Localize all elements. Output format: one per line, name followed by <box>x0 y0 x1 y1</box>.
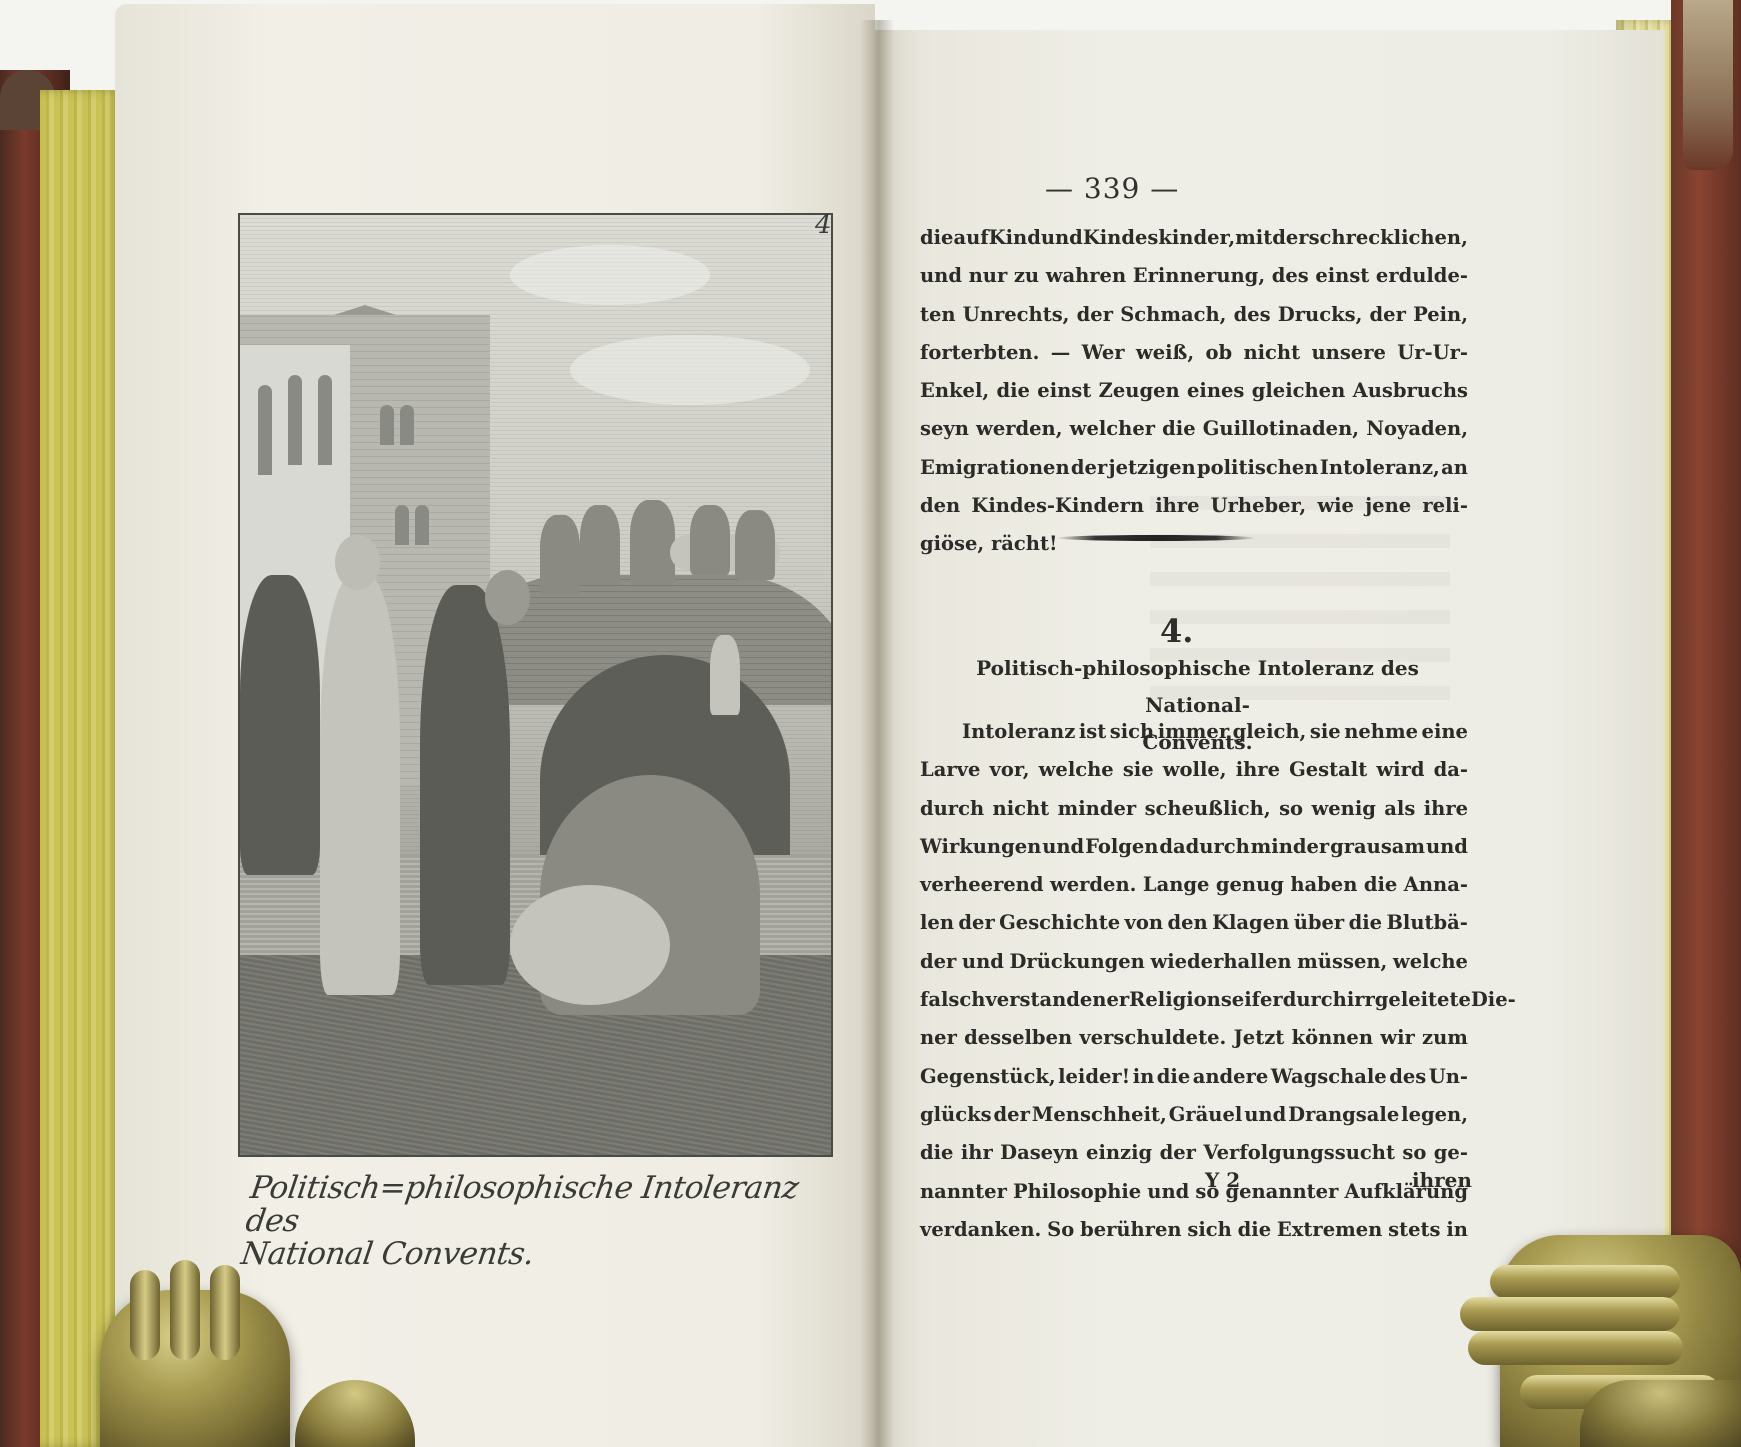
word: wiederhallen <box>1150 943 1291 981</box>
word: glücks <box>920 1096 992 1134</box>
word: wird <box>1376 751 1424 789</box>
word: scheußlich, <box>1145 790 1271 828</box>
text-line: dieaufKindundKindeskinder,mitderschreckl… <box>920 219 1468 257</box>
text-line: lenderGeschichtevondenKlagenüberdieBlutb… <box>920 904 1468 942</box>
word: Enkel, <box>920 372 989 410</box>
cloud <box>570 335 810 405</box>
word: wir <box>1380 1019 1414 1057</box>
word: einst <box>1037 372 1091 410</box>
word: Intoleranz, <box>1320 449 1440 487</box>
text-line: derundDrückungenwiederhallenmüssen,welch… <box>920 943 1468 981</box>
right-cover-binding <box>1671 0 1741 1447</box>
word: Drangsale <box>1288 1096 1399 1134</box>
word: sie <box>1123 751 1154 789</box>
word: eine <box>1422 713 1468 751</box>
word: Extremen <box>1277 1211 1382 1249</box>
word: berühren <box>1080 1211 1182 1249</box>
word: den <box>1167 904 1207 942</box>
word: Kindes-Kindern <box>971 487 1144 525</box>
word: reli- <box>1422 487 1468 525</box>
word: wie <box>1317 487 1354 525</box>
word: so <box>1279 790 1303 828</box>
window <box>395 505 409 545</box>
word: in <box>1133 1058 1155 1096</box>
text-line: giöse, rächt! <box>920 525 1468 563</box>
text-line: glücksderMenschheit,GräuelundDrangsalele… <box>920 1096 1468 1134</box>
figure-on-bridge <box>580 505 620 585</box>
word: sie <box>1310 713 1341 751</box>
text-line: Intoleranzistsichimmergleich,sienehmeein… <box>920 713 1468 751</box>
word: genannter <box>1225 1173 1338 1211</box>
word: minder <box>1058 790 1137 828</box>
word: in <box>1446 1211 1468 1249</box>
word: Daseyn <box>1000 1134 1078 1172</box>
window <box>415 505 429 545</box>
word: die <box>920 1134 953 1172</box>
fallen-body <box>510 885 670 1005</box>
word: erdulde- <box>1376 257 1468 295</box>
word: des <box>1234 296 1271 334</box>
word: Verfolgungssucht <box>1203 1134 1395 1172</box>
word: zum <box>1422 1019 1468 1057</box>
word: nehme <box>1344 713 1418 751</box>
word: der <box>920 943 956 981</box>
word: irrgeleitete <box>1347 981 1471 1019</box>
word: die <box>1157 1058 1190 1096</box>
word: So <box>1047 1211 1074 1249</box>
word: die <box>1238 1211 1271 1249</box>
word: müssen, <box>1297 943 1387 981</box>
word: nannter <box>920 1173 1007 1211</box>
word: Blutbä- <box>1386 904 1467 942</box>
brass-finger <box>1490 1265 1680 1299</box>
word: können <box>1292 1019 1373 1057</box>
word: Folgen <box>1085 828 1158 866</box>
word: forterbten. <box>920 334 1039 372</box>
plate-caption-line: National Convents. <box>239 1238 844 1271</box>
text-line: nerdesselbenverschuldete.Jetztkönnenwirz… <box>920 1019 1468 1057</box>
text-line: falschverstandenerReligionseiferdurchirr… <box>920 981 1468 1019</box>
word: und <box>962 943 1004 981</box>
plate-caption-line: Politisch=philosophische Intoleranz des <box>244 1172 853 1238</box>
arched-window <box>318 375 332 465</box>
figure-on-bridge <box>690 505 730 575</box>
word: desselben <box>964 1019 1072 1057</box>
word: ihre <box>1424 790 1468 828</box>
word: werden, <box>976 410 1062 448</box>
word: ob <box>1205 334 1232 372</box>
text-line: seynwerden,welcherdieGuillotinaden,Noyad… <box>920 410 1468 448</box>
falling-figure <box>710 635 740 715</box>
word: Ausbruchs <box>1353 372 1468 410</box>
word: die <box>997 372 1030 410</box>
word: andere <box>1193 1058 1269 1096</box>
figure-on-bridge <box>540 515 580 595</box>
word: legen, <box>1401 1096 1468 1134</box>
word: Noyaden, <box>1366 410 1468 448</box>
word: dadurch <box>1159 828 1249 866</box>
word: vor, <box>990 751 1030 789</box>
word: durch <box>1283 981 1347 1019</box>
word: Erinnerung, <box>1133 257 1265 295</box>
section-divider-rule <box>1056 535 1256 541</box>
word: haben <box>1290 866 1357 904</box>
word: Religionseifer <box>1129 981 1283 1019</box>
word: Wagschale <box>1271 1058 1387 1096</box>
word: welche <box>1039 751 1114 789</box>
word: Kindeskinder, <box>1083 219 1235 257</box>
text-line: EmigrationenderjetzigenpolitischenIntole… <box>920 449 1468 487</box>
word: wolle, <box>1163 751 1227 789</box>
word: auf <box>953 219 988 257</box>
word: welche <box>1393 943 1468 981</box>
word: politischen <box>1197 449 1319 487</box>
text-line: dieihrDaseyneinzigderVerfolgungssuchtsog… <box>920 1134 1468 1172</box>
word: sich <box>1110 713 1154 751</box>
word: von <box>1125 904 1164 942</box>
word: und <box>1041 219 1083 257</box>
word: immer <box>1158 713 1229 751</box>
word: welcher <box>1070 410 1155 448</box>
word: zu <box>1014 257 1039 295</box>
word: schrecklichen, <box>1309 219 1468 257</box>
word: des <box>1272 257 1309 295</box>
cloud <box>510 245 710 305</box>
word: und <box>1426 828 1468 866</box>
brass-finger <box>1468 1331 1683 1365</box>
text-line: Enkel,dieeinstZeugeneinesgleichenAusbruc… <box>920 372 1468 410</box>
word: der <box>1160 1134 1196 1172</box>
word: des <box>1389 1058 1426 1096</box>
word: Urheber, <box>1211 487 1307 525</box>
word: der <box>1272 219 1308 257</box>
word: jetzigen <box>1109 449 1196 487</box>
word: die <box>1349 904 1382 942</box>
word: Lange <box>1143 866 1210 904</box>
word: stets <box>1388 1211 1440 1249</box>
text-line: nannterPhilosophieundsogenannterAufkläru… <box>920 1173 1468 1211</box>
word: da- <box>1434 751 1468 789</box>
word: und <box>1042 828 1084 866</box>
word: Pein, <box>1413 296 1468 334</box>
word: nur <box>969 257 1008 295</box>
word: einst <box>1315 257 1369 295</box>
brass-finger <box>210 1265 240 1360</box>
word: Un- <box>1429 1058 1468 1096</box>
word: mit <box>1235 219 1272 257</box>
brass-finger <box>170 1260 200 1360</box>
word: ist <box>1079 713 1106 751</box>
word: der <box>958 904 994 942</box>
word: Gegenstück, <box>920 1058 1056 1096</box>
word: Ur-Ur- <box>1397 334 1468 372</box>
word: Gräuel <box>1169 1096 1243 1134</box>
brass-finger <box>1460 1297 1680 1331</box>
arched-window <box>258 385 272 475</box>
word: grausam <box>1330 828 1425 866</box>
word: Philosophie <box>1013 1173 1141 1211</box>
section-paragraph: Intoleranzistsichimmergleich,sienehmeein… <box>920 713 1468 1249</box>
signature-mark: Y 2 <box>1205 1168 1240 1192</box>
word: weiß, <box>1136 334 1194 372</box>
word: Drucks, <box>1278 296 1363 334</box>
word: verdanken. <box>920 1211 1041 1249</box>
word: verschuldete. <box>1079 1019 1226 1057</box>
word: gleich, <box>1233 713 1307 751</box>
word: so <box>1402 1134 1426 1172</box>
figure-on-bridge <box>630 500 675 585</box>
word: ihre <box>1155 487 1199 525</box>
word: len <box>920 904 954 942</box>
page-number: — 339 — <box>1045 172 1245 205</box>
section-number: 4. <box>1160 612 1193 650</box>
word: den <box>920 487 960 525</box>
word: Unrechts, <box>963 296 1070 334</box>
brass-hand-weight-left <box>100 1290 290 1447</box>
word: gleichen <box>1252 372 1346 410</box>
soldiers-group <box>240 575 320 875</box>
catchword: ihren <box>1412 1168 1472 1192</box>
word: Drückungen <box>1010 943 1145 981</box>
executioner <box>420 585 510 985</box>
word: der <box>1370 296 1406 334</box>
word: ten <box>920 296 956 334</box>
word: wenig <box>1311 790 1375 828</box>
word: Wer <box>1082 334 1125 372</box>
word: Wirkungen <box>920 828 1041 866</box>
word: die <box>1364 866 1397 904</box>
word: einzig <box>1086 1134 1152 1172</box>
word: und <box>920 257 962 295</box>
text-line: WirkungenundFolgendadurchmindergrausamun… <box>920 828 1468 866</box>
word: ihre <box>1236 751 1280 789</box>
right-headband-frayed <box>1683 0 1733 170</box>
word: an <box>1441 449 1468 487</box>
figure-on-bridge <box>735 510 775 580</box>
executioner-head <box>485 570 530 625</box>
word: unsere <box>1311 334 1385 372</box>
left-gilt-page-edges <box>40 90 120 1447</box>
word: jene <box>1365 487 1411 525</box>
engraving-plate <box>238 213 833 1157</box>
word: verheerend <box>920 866 1044 904</box>
word: der <box>1071 449 1107 487</box>
word: Intoleranz <box>962 713 1075 751</box>
prisoner-head <box>335 535 380 590</box>
word: Anna- <box>1404 866 1468 904</box>
word: Emigrationen <box>920 449 1070 487</box>
word: Gestalt <box>1289 751 1367 789</box>
text-line: Larvevor,welchesiewolle,ihreGestaltwirdd… <box>920 751 1468 789</box>
word: genug <box>1216 866 1284 904</box>
text-line: verheerendwerden.LangegenughabendieAnna- <box>920 866 1468 904</box>
word: Guillotinaden, <box>1203 410 1359 448</box>
plate-caption: Politisch=philosophische Intoleranz des … <box>239 1172 853 1271</box>
word: minder <box>1251 828 1330 866</box>
text-line: verdanken.SoberührensichdieExtremenstets… <box>920 1211 1468 1249</box>
word: ner <box>920 1019 957 1057</box>
word: Menschheit, <box>1032 1096 1167 1134</box>
text-line: tenUnrechts,derSchmach,desDrucks,derPein… <box>920 296 1468 334</box>
brass-base-right <box>1580 1380 1741 1447</box>
plate-number: 4 <box>815 210 832 240</box>
text-line: durchnichtminderscheußlich,sowenigalsihr… <box>920 790 1468 828</box>
window <box>400 405 414 445</box>
gutter-shadow <box>860 20 894 1447</box>
word: falschverstandener <box>920 981 1129 1019</box>
word: der <box>1077 296 1113 334</box>
word: ge- <box>1434 1134 1468 1172</box>
word: Geschichte <box>999 904 1120 942</box>
window <box>380 405 394 445</box>
word: nicht <box>1243 334 1300 372</box>
word: und <box>1147 1173 1189 1211</box>
word: und <box>1244 1096 1286 1134</box>
text-line: Gegenstück,leider!indieandereWagschalede… <box>920 1058 1468 1096</box>
word: wahren <box>1046 257 1126 295</box>
word: Die- <box>1471 981 1516 1019</box>
brass-finger <box>130 1270 160 1360</box>
text-line: undnurzuwahrenErinnerung,deseinsterdulde… <box>920 257 1468 295</box>
word: Kind <box>989 219 1041 257</box>
bound-prisoner <box>320 575 400 995</box>
word: als <box>1384 790 1415 828</box>
word: über <box>1294 904 1345 942</box>
word: leider! <box>1058 1058 1130 1096</box>
word: der <box>994 1096 1030 1134</box>
word: nicht <box>993 790 1050 828</box>
word: Larve <box>920 751 980 789</box>
word: Klagen <box>1212 904 1289 942</box>
word: die <box>920 219 953 257</box>
word: eines <box>1187 372 1244 410</box>
word: seyn <box>920 410 969 448</box>
text-line: forterbten.—Werweiß,obnichtunsereUr-Ur- <box>920 334 1468 372</box>
word: die <box>1162 410 1195 448</box>
word: durch <box>920 790 984 828</box>
word: Schmach, <box>1120 296 1226 334</box>
word: Zeugen <box>1099 372 1180 410</box>
word: Jetzt <box>1234 1019 1285 1057</box>
word: werden. <box>1050 866 1136 904</box>
arched-window <box>288 375 302 465</box>
word: — <box>1051 334 1071 372</box>
word: ihr <box>961 1134 993 1172</box>
text-line: denKindes-KindernihreUrheber,wiejenereli… <box>920 487 1468 525</box>
word: sich <box>1187 1211 1231 1249</box>
continuation-text: dieaufKindundKindeskinder,mitderschreckl… <box>920 219 1468 564</box>
